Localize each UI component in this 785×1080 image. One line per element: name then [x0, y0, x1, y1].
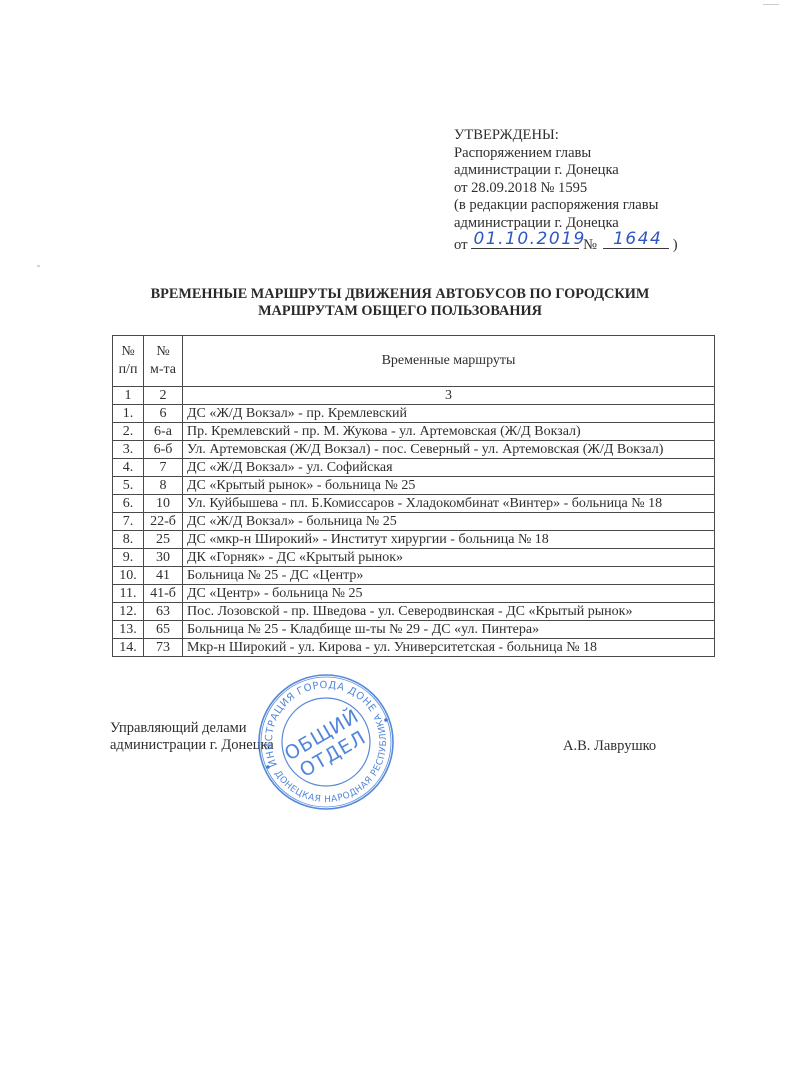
- header-route-number: № м-та: [144, 336, 183, 387]
- route-number-cell: 30: [144, 549, 183, 567]
- route-path-cell: ДС «мкр-н Широкий» - Институт хирургии -…: [183, 531, 715, 549]
- route-number-cell: 7: [144, 459, 183, 477]
- route-path-cell: Ул. Артемовская (Ж/Д Вокзал) - пос. Севе…: [183, 441, 715, 459]
- route-path-cell: ДС «Центр» - больница № 25: [183, 585, 715, 603]
- row-index-cell: 5.: [113, 477, 144, 495]
- document-title: ВРЕМЕННЫЕ МАРШРУТЫ ДВИЖЕНИЯ АВТОБУСОВ ПО…: [110, 286, 690, 320]
- approval-line: от 28.09.2018 № 1595: [454, 180, 678, 198]
- route-number-cell: 6-б: [144, 441, 183, 459]
- signer-name: А.В. Лаврушко: [563, 738, 656, 755]
- row-index-cell: 12.: [113, 603, 144, 621]
- approval-line: администрации г. Донецка: [454, 162, 678, 180]
- number-fill-line: 1644: [603, 233, 669, 249]
- row-index-cell: 6.: [113, 495, 144, 513]
- row-index-cell: 13.: [113, 621, 144, 639]
- routes-table-body: 1.6ДС «Ж/Д Вокзал» - пр. Кремлевский2.6-…: [113, 405, 715, 657]
- header-row-number: № п/п: [113, 336, 144, 387]
- numbering-cell: 1: [113, 387, 144, 405]
- table-row: 10.41Больница № 25 - ДС «Центр»: [113, 567, 715, 585]
- approval-heading: УТВЕРЖДЕНЫ:: [454, 127, 678, 145]
- route-path-cell: ДС «Ж/Д Вокзал» - ул. Софийская: [183, 459, 715, 477]
- signer-role: Управляющий делами администрации г. Доне…: [110, 720, 274, 754]
- scan-artifact-dot: [37, 265, 40, 267]
- numbering-cell: 3: [183, 387, 715, 405]
- approval-line: Распоряжением главы: [454, 145, 678, 163]
- table-row: 2.6-аПр. Кремлевский - пр. М. Жукова - у…: [113, 423, 715, 441]
- table-row: 14.73Мкр-н Широкий - ул. Кирова - ул. Ун…: [113, 639, 715, 657]
- table-row: 5.8ДС «Крытый рынок» - больница № 25: [113, 477, 715, 495]
- route-number-cell: 73: [144, 639, 183, 657]
- approval-line: (в редакции распоряжения главы: [454, 197, 678, 215]
- route-number-cell: 41: [144, 567, 183, 585]
- from-label: от: [454, 237, 467, 253]
- table-row: 9.30ДК «Горняк» - ДС «Крытый рынок»: [113, 549, 715, 567]
- title-line-2: МАРШРУТАМ ОБЩЕГО ПОЛЬЗОВАНИЯ: [110, 303, 690, 320]
- scan-artifact-mark: [763, 4, 779, 5]
- route-path-cell: ДС «Крытый рынок» - больница № 25: [183, 477, 715, 495]
- row-index-cell: 3.: [113, 441, 144, 459]
- route-path-cell: Мкр-н Широкий - ул. Кирова - ул. Универс…: [183, 639, 715, 657]
- route-number-cell: 41-б: [144, 585, 183, 603]
- table-row: 11.41-бДС «Центр» - больница № 25: [113, 585, 715, 603]
- row-index-cell: 11.: [113, 585, 144, 603]
- title-line-1: ВРЕМЕННЫЕ МАРШРУТЫ ДВИЖЕНИЯ АВТОБУСОВ ПО…: [110, 286, 690, 303]
- signer-role-line: администрации г. Донецка: [110, 737, 274, 754]
- approval-revision-line: от01.10.2019 №1644 ): [454, 233, 678, 255]
- route-path-cell: Ул. Куйбышева - пл. Б.Комиссаров - Хладо…: [183, 495, 715, 513]
- route-number-cell: 63: [144, 603, 183, 621]
- row-index-cell: 4.: [113, 459, 144, 477]
- route-number-cell: 65: [144, 621, 183, 639]
- row-index-cell: 7.: [113, 513, 144, 531]
- row-index-cell: 14.: [113, 639, 144, 657]
- header-text: п/п: [117, 361, 139, 379]
- route-number-cell: 6-а: [144, 423, 183, 441]
- route-path-cell: ДС «Ж/Д Вокзал» - пр. Кремлевский: [183, 405, 715, 423]
- route-number-cell: 25: [144, 531, 183, 549]
- table-row: 1.6ДС «Ж/Д Вокзал» - пр. Кремлевский: [113, 405, 715, 423]
- row-index-cell: 8.: [113, 531, 144, 549]
- signer-role-line: Управляющий делами: [110, 720, 274, 737]
- route-path-cell: Больница № 25 - ДС «Центр»: [183, 567, 715, 585]
- route-number-cell: 6: [144, 405, 183, 423]
- date-fill-line: 01.10.2019: [471, 233, 579, 249]
- table-row: 8.25ДС «мкр-н Широкий» - Институт хирург…: [113, 531, 715, 549]
- route-path-cell: Пр. Кремлевский - пр. М. Жукова - ул. Ар…: [183, 423, 715, 441]
- table-row: 13.65Больница № 25 - Кладбище ш-ты № 29 …: [113, 621, 715, 639]
- table-row: 7.22-бДС «Ж/Д Вокзал» - больница № 25: [113, 513, 715, 531]
- route-path-cell: ДС «Ж/Д Вокзал» - больница № 25: [183, 513, 715, 531]
- handwritten-date: 01.10.2019: [473, 231, 585, 248]
- table-row: 4.7ДС «Ж/Д Вокзал» - ул. Софийская: [113, 459, 715, 477]
- header-text: №: [117, 343, 139, 361]
- approval-block: УТВЕРЖДЕНЫ: Распоряжением главы админист…: [454, 127, 678, 254]
- row-index-cell: 1.: [113, 405, 144, 423]
- route-path-cell: Пос. Лозовской - пр. Шведова - ул. Север…: [183, 603, 715, 621]
- numbering-cell: 2: [144, 387, 183, 405]
- official-stamp: АДМИНИСТРАЦИЯ ГОРОДА ДОНЕЦКА ДОНЕЦКАЯ НА…: [256, 672, 396, 812]
- stamp-star-left: [266, 765, 270, 769]
- route-number-cell: 10: [144, 495, 183, 513]
- header-text: м-та: [148, 361, 178, 379]
- row-index-cell: 9.: [113, 549, 144, 567]
- row-index-cell: 2.: [113, 423, 144, 441]
- route-number-cell: 8: [144, 477, 183, 495]
- closing-paren: ): [673, 237, 678, 253]
- route-number-cell: 22-б: [144, 513, 183, 531]
- header-temporary-routes: Временные маршруты: [183, 336, 715, 387]
- table-header-row: № п/п № м-та Временные маршруты: [113, 336, 715, 387]
- table-row: 6.10Ул. Куйбышева - пл. Б.Комиссаров - Х…: [113, 495, 715, 513]
- table-row: 3.6-бУл. Артемовская (Ж/Д Вокзал) - пос.…: [113, 441, 715, 459]
- stamp-star-right: [384, 718, 388, 722]
- route-path-cell: ДК «Горняк» - ДС «Крытый рынок»: [183, 549, 715, 567]
- row-index-cell: 10.: [113, 567, 144, 585]
- route-path-cell: Больница № 25 - Кладбище ш-ты № 29 - ДС …: [183, 621, 715, 639]
- handwritten-number: 1644: [613, 231, 662, 248]
- routes-table: № п/п № м-та Временные маршруты 1 2 3 1.…: [112, 335, 715, 657]
- table-numbering-row: 1 2 3: [113, 387, 715, 405]
- table-row: 12.63Пос. Лозовской - пр. Шведова - ул. …: [113, 603, 715, 621]
- header-text: №: [148, 343, 178, 361]
